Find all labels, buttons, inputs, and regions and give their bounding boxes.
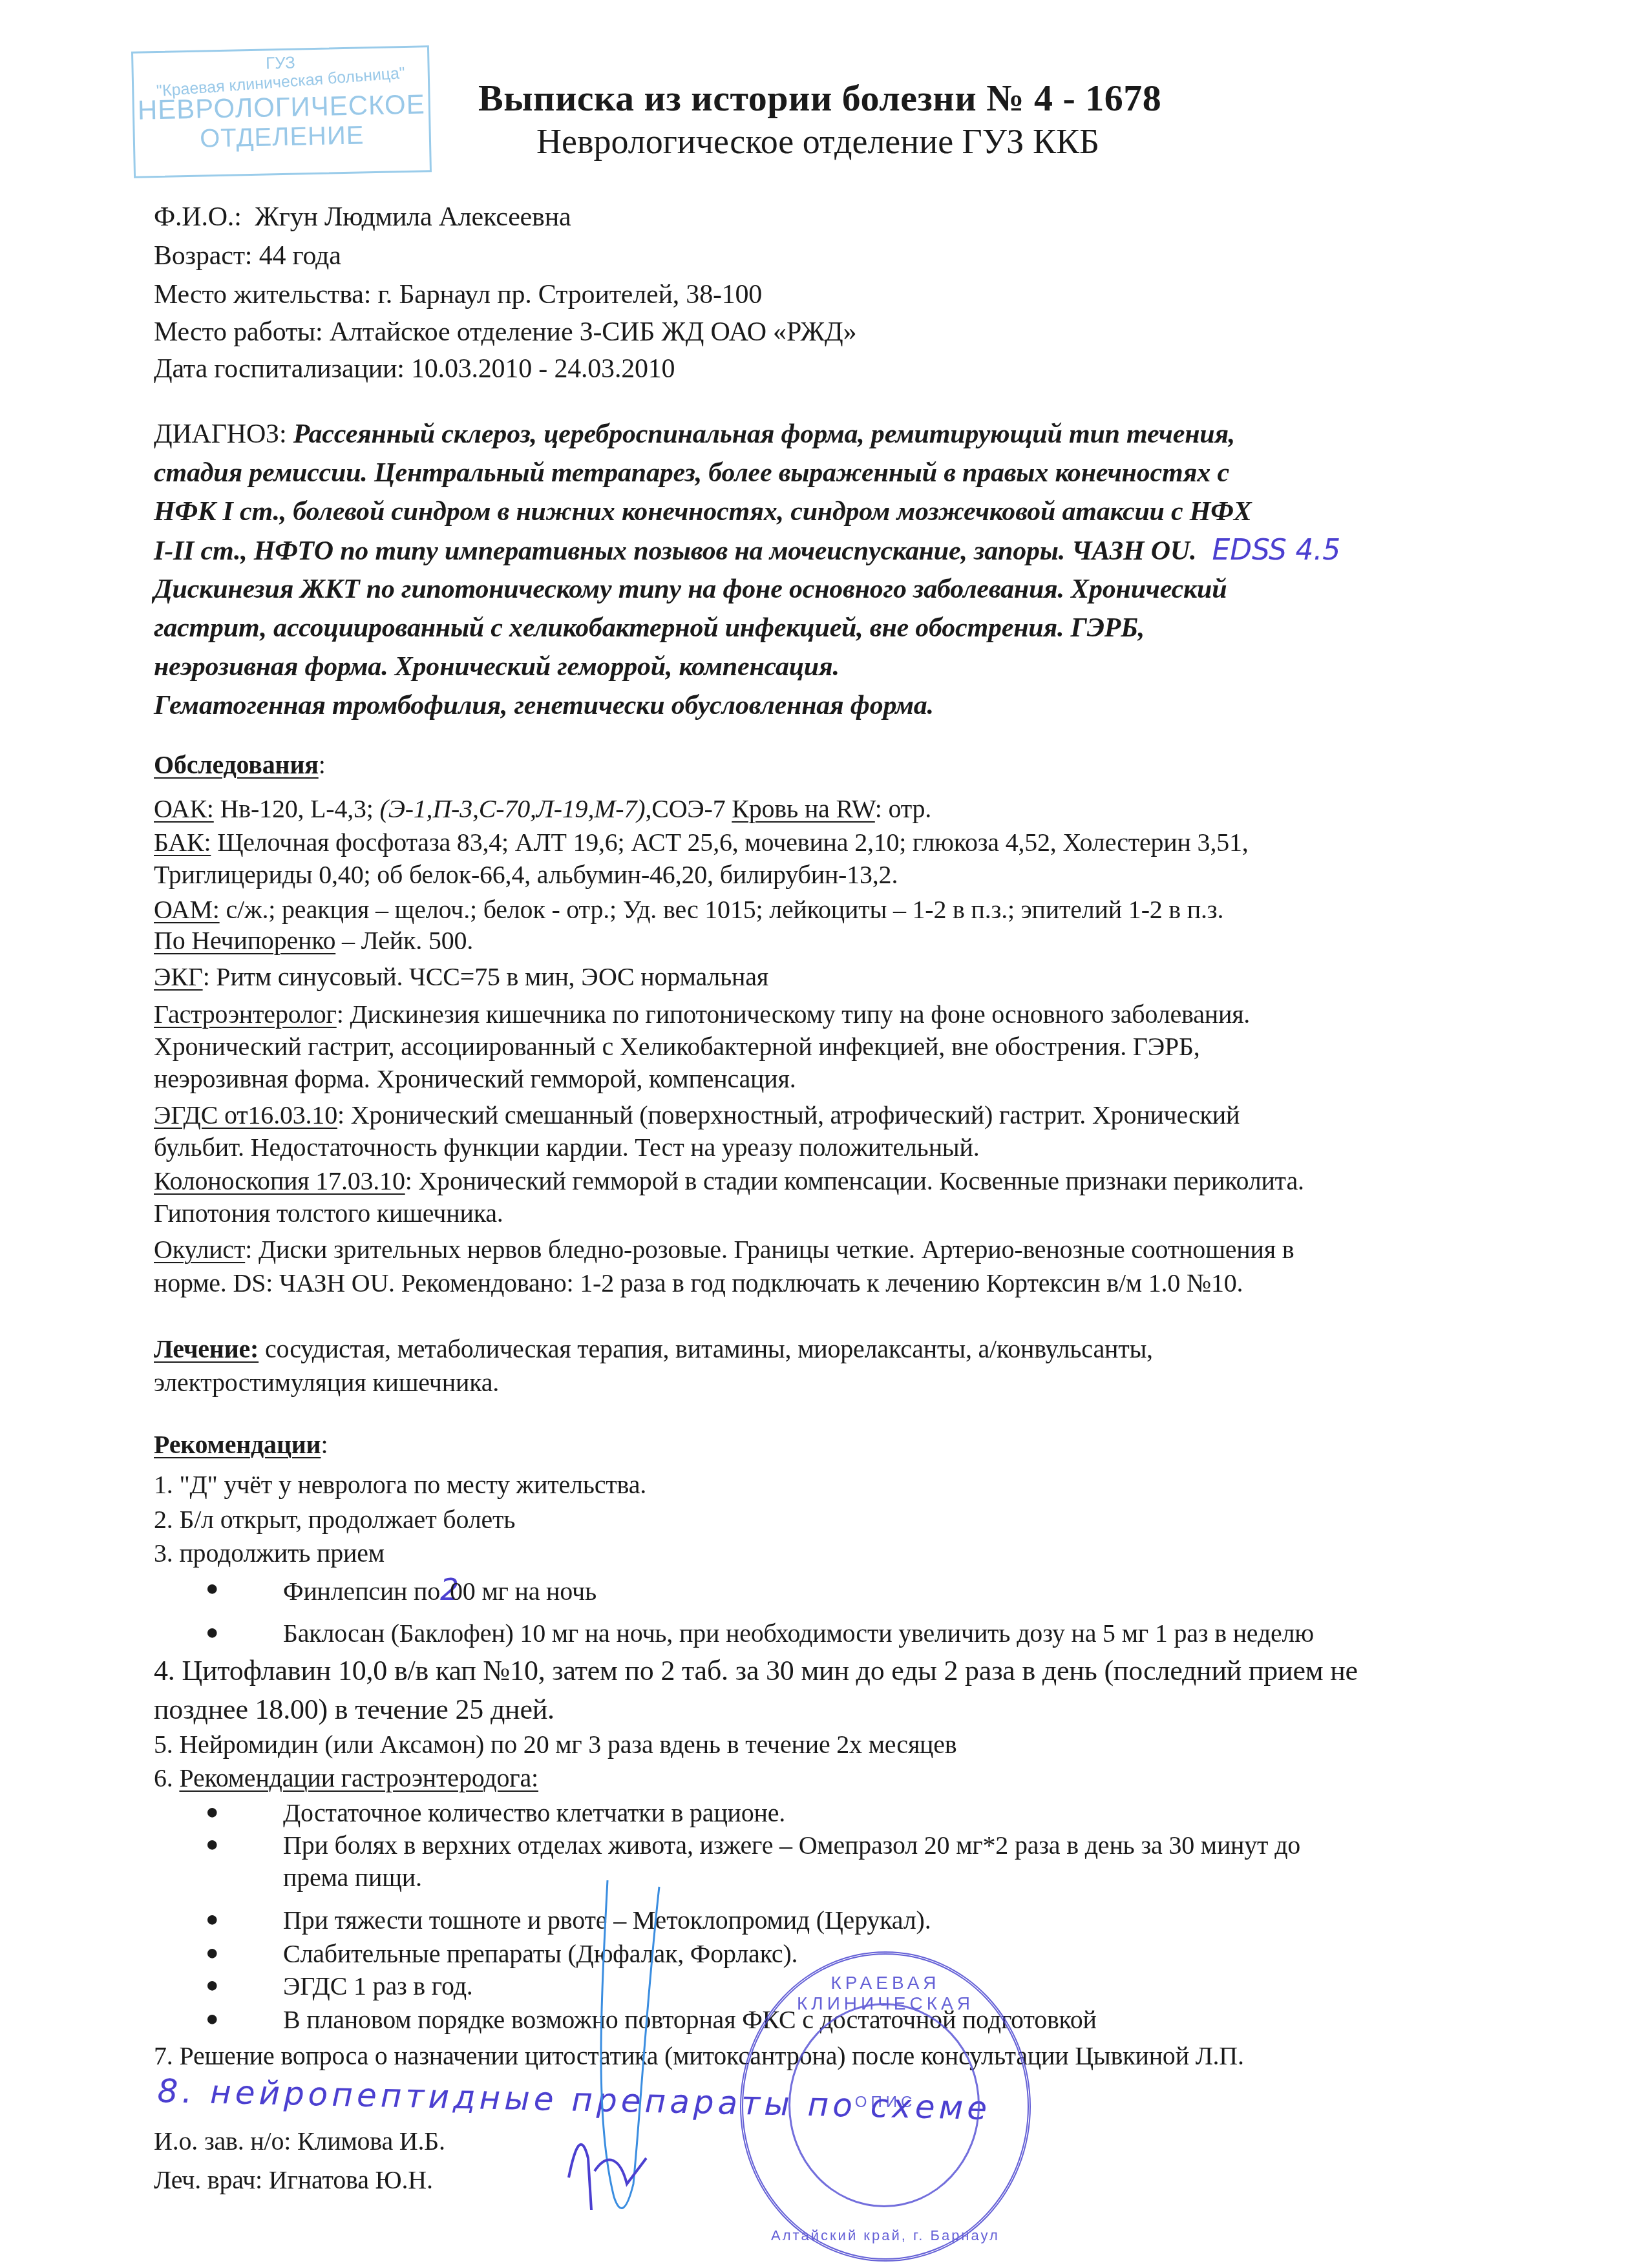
diagnosis-line: неэрозивная форма. Хронический геморрой,… bbox=[154, 651, 840, 682]
diagnosis-line: гастрит, ассоциированный с хеликобактерн… bbox=[154, 613, 1145, 644]
diagnosis-label: ДИАГНОЗ: bbox=[154, 419, 286, 449]
diagnosis-line: ДИАГНОЗ: Рассеянный склероз, цереброспин… bbox=[154, 419, 1235, 450]
gastro-recommendation-cont: према пищи. bbox=[283, 1862, 422, 1893]
hospitalization-dates-row: Дата госпитализации: 10.03.2010 - 24.03.… bbox=[154, 353, 675, 384]
attending-doctor-signature: Леч. врач: Игнатова Ю.Н. bbox=[154, 2165, 433, 2196]
label: Дата госпитализации: bbox=[154, 354, 405, 384]
diagnosis-line: Дискинезия ЖКТ по гипотоническому типу н… bbox=[154, 574, 1227, 605]
label: Возраст: bbox=[154, 241, 252, 271]
exam-bak: БАК: Щелочная фосфотаза 83,4; АЛТ 19,6; … bbox=[154, 827, 1249, 858]
medication-finlepsin: Финлепсин по 200 мг на ночь bbox=[283, 1574, 597, 1607]
diagnosis-line: Гематогенная тромбофилия, генетически об… bbox=[154, 690, 934, 721]
medication-baclosan: Баклосан (Баклофен) 10 мг на ночь, при н… bbox=[283, 1618, 1314, 1649]
patient-name: Жгун Людмила Алексеевна bbox=[255, 202, 571, 232]
document-subtitle: Неврологическое отделение ГУЗ ККБ bbox=[536, 121, 1099, 162]
department-stamp: ГУЗ "Краевая клиническая больница" НЕВРО… bbox=[131, 45, 432, 178]
handwritten-edss-note: EDSS 4.5 bbox=[1212, 534, 1340, 567]
exam-bak-cont: Триглицериды 0,40; об белок-66,4, альбум… bbox=[154, 859, 898, 890]
bullet-icon: ● bbox=[206, 1973, 219, 1998]
exam-oculist-cont: норме. DS: ЧАЗН OU. Рекомендовано: 1-2 р… bbox=[154, 1268, 1243, 1299]
head-of-department-signature: И.о. зав. н/о: Климова И.Б. bbox=[154, 2126, 445, 2157]
bullet-icon: ● bbox=[206, 1800, 219, 1825]
gastro-recommendation: При болях в верхних отделах живота, изже… bbox=[283, 1830, 1300, 1861]
exam-nechiporenko: По Нечипоренко – Лейк. 500. bbox=[154, 925, 473, 956]
treatment: Лечение: сосудистая, метаболическая тера… bbox=[154, 1334, 1153, 1365]
bullet-icon: ● bbox=[206, 1832, 219, 1857]
exam-gastroenterologist-cont: неэрозивная форма. Хронический гемморой,… bbox=[154, 1064, 796, 1095]
patient-residence: г. Барнаул пр. Строителей, 38-100 bbox=[378, 280, 763, 310]
recommendation-item: 3. продолжить прием bbox=[154, 1538, 385, 1569]
label: Место работы: bbox=[154, 317, 323, 347]
gastro-recommendation: Достаточное количество клетчатки в рацио… bbox=[283, 1798, 785, 1829]
diagnosis-line: стадия ремиссии. Центральный тетрапарез,… bbox=[154, 457, 1229, 488]
recommendation-item: 4. Цитофлавин 10,0 в/в кап №10, затем по… bbox=[154, 1655, 1358, 1686]
exam-gastroenterologist-cont: Хронический гастрит, ассоциированный с Х… bbox=[154, 1031, 1200, 1062]
recommendation-item: 6. Рекомендации гастроэнтеродога: bbox=[154, 1763, 538, 1794]
exam-oam: ОАМ: с/ж.; реакция – щелоч.; белок - отр… bbox=[154, 894, 1223, 925]
recommendations-heading: Рекомендации: bbox=[154, 1429, 328, 1460]
stamp-line: ОТДЕЛЕНИЕ bbox=[134, 120, 429, 155]
exam-egds-cont: бульбит. Недостаточность функции кардии.… bbox=[154, 1132, 980, 1163]
recommendation-item: 1. "Д" учёт у невролога по месту жительс… bbox=[154, 1469, 646, 1500]
exam-oak: ОАК: Нв-120, L-4,3; (Э-1,П-3,С-70,Л-19,М… bbox=[154, 793, 931, 824]
exam-colonoscopy-cont: Гипотония толстого кишечника. bbox=[154, 1198, 503, 1229]
exam-gastroenterologist: Гастроэнтеролог: Дискинезия кишечника по… bbox=[154, 999, 1250, 1030]
patient-age-row: Возраст: 44 года bbox=[154, 240, 341, 271]
document-title: Выписка из истории болезни № 4 - 1678 bbox=[478, 76, 1161, 120]
treatment-label: Лечение: bbox=[154, 1334, 259, 1363]
patient-work-row: Место работы: Алтайское отделение З-СИБ … bbox=[154, 317, 856, 348]
diagnosis-line: I-II ст., НФТО по типу императивных позы… bbox=[154, 535, 1340, 567]
signature-scribble-icon bbox=[530, 1874, 763, 2236]
exams-heading: Обследования: bbox=[154, 750, 326, 781]
bullet-icon: ● bbox=[206, 1577, 219, 1601]
label: Ф.И.О.: bbox=[154, 202, 242, 232]
bullet-icon: ● bbox=[206, 1907, 219, 1932]
bullet-icon: ● bbox=[206, 1621, 219, 1645]
stamp-text-center: ОПИС bbox=[743, 2094, 1028, 2112]
patient-name-row: Ф.И.О.: Жгун Людмила Алексеевна bbox=[154, 202, 571, 233]
exam-colonoscopy: Колоноскопия 17.03.10: Хронический геммо… bbox=[154, 1166, 1304, 1197]
bullet-icon: ● bbox=[206, 2007, 219, 2032]
patient-work: Алтайское отделение З-СИБ ЖД ОАО «РЖД» bbox=[330, 317, 856, 347]
hospitalization-dates: 10.03.2010 - 24.03.2010 bbox=[411, 354, 675, 384]
recommendation-item: 5. Нейромидин (или Аксамон) по 20 мг 3 р… bbox=[154, 1729, 957, 1760]
patient-residence-row: Место жительства: г. Барнаул пр. Строите… bbox=[154, 279, 762, 310]
treatment-cont: электростимуляция кишечника. bbox=[154, 1367, 499, 1398]
exam-egds: ЭГДС от16.03.10: Хронический смешанный (… bbox=[154, 1100, 1240, 1131]
gastro-recommendation: ЭГДС 1 раз в год. bbox=[283, 1971, 473, 2002]
hospital-round-stamp: КРАЕВАЯ КЛИНИЧЕСКАЯ ОПИС Алтайский край,… bbox=[740, 1951, 1031, 2262]
exam-oculist: Окулист: Диски зрительных нервов бледно-… bbox=[154, 1234, 1294, 1265]
diagnosis-line: НФК I ст., болевой синдром в нижних коне… bbox=[154, 496, 1252, 527]
exam-ekg: ЭКГ: Ритм синусовый. ЧСС=75 в мин, ЭОС н… bbox=[154, 961, 768, 992]
stamp-text-bottom: Алтайский край, г. Барнаул bbox=[743, 2227, 1028, 2244]
recommendation-item: 2. Б/л открыт, продолжает болеть bbox=[154, 1504, 515, 1535]
bullet-icon: ● bbox=[206, 1941, 219, 1966]
recommendation-item-cont: позднее 18.00) в течение 25 дней. bbox=[154, 1694, 555, 1725]
patient-age: 44 года bbox=[259, 241, 341, 271]
stamp-text-top: КРАЕВАЯ КЛИНИЧЕСКАЯ bbox=[743, 1973, 1028, 2014]
label: Место жительства: bbox=[154, 280, 371, 310]
